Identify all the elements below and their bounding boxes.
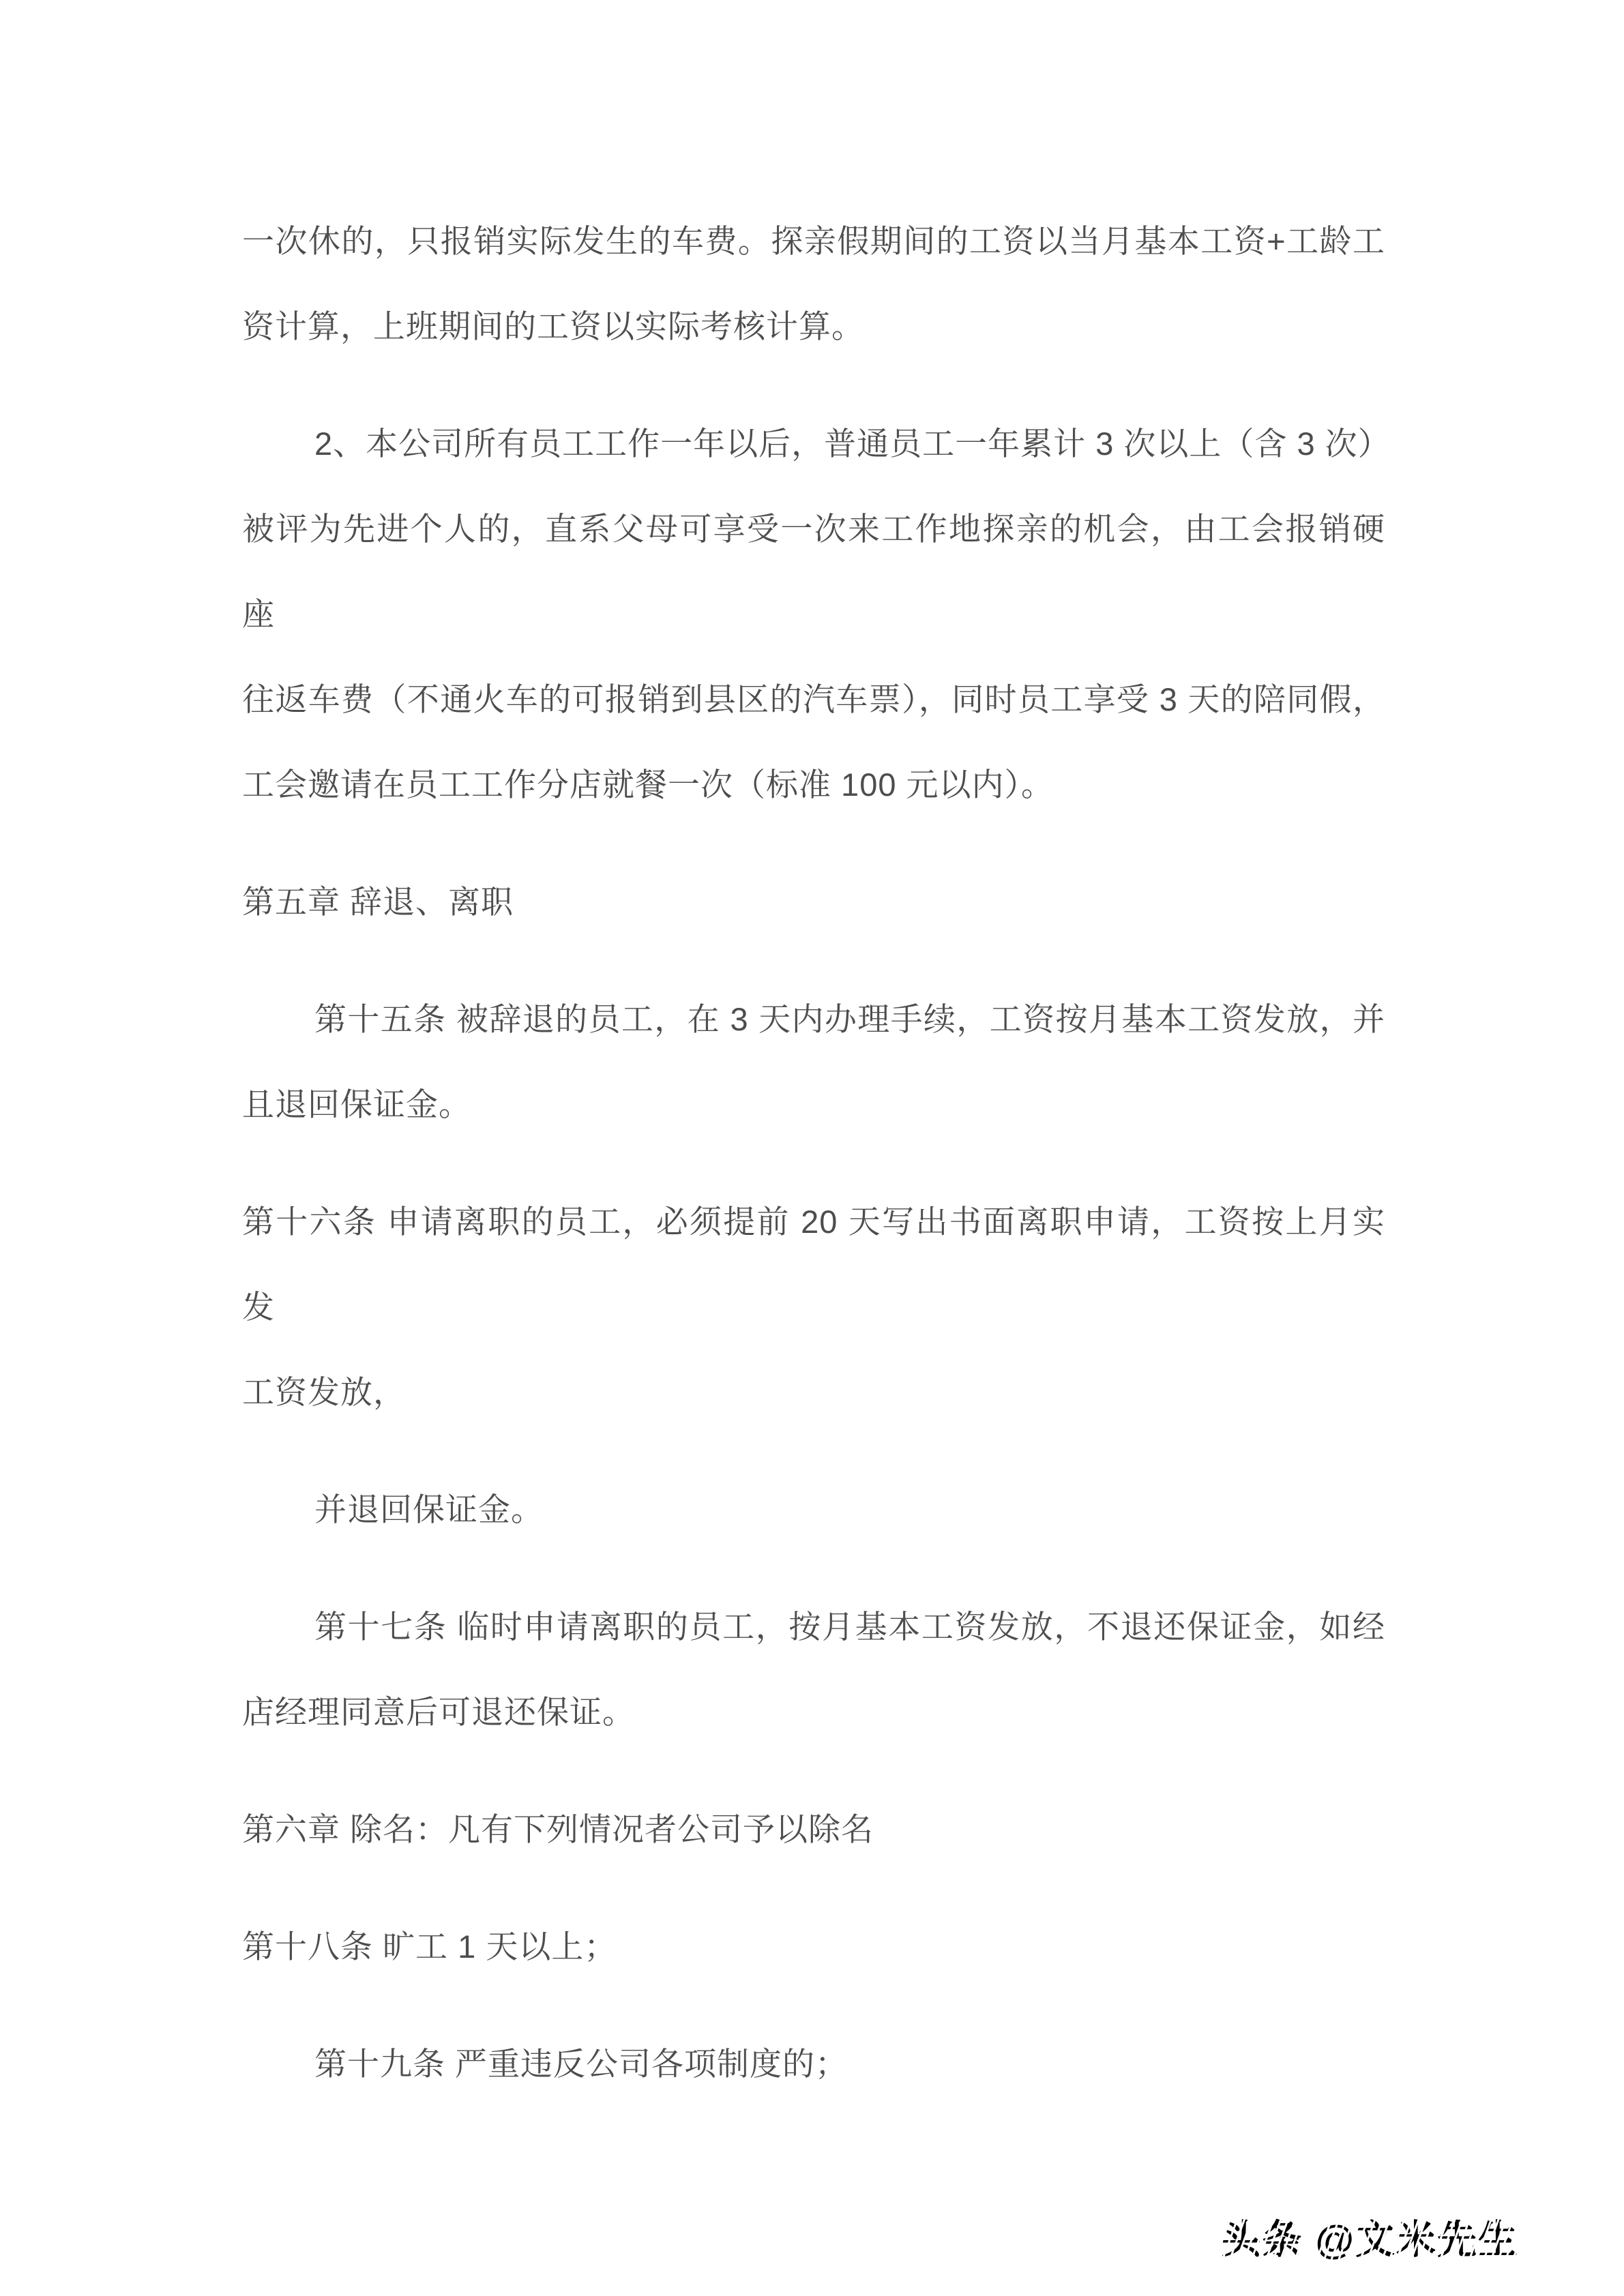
paragraph: 第十五条 被辞退的员工，在 3 天内办理手续，工资按月基本工资发放，并且退回保证…	[242, 976, 1385, 1147]
text-line: 工会邀请在员工工作分店就餐一次（标准 100 元以内）。	[242, 742, 1385, 827]
paragraph: 第五章 辞退、离职	[242, 859, 1385, 944]
text-line: 工资发放，	[242, 1350, 1385, 1435]
paragraph: 一次休的，只报销实际发生的车费。探亲假期间的工资以当月基本工资+工龄工资计算，上…	[242, 198, 1385, 369]
text-line: 并退回保证金。	[242, 1467, 1385, 1552]
document-text-body: 一次休的，只报销实际发生的车费。探亲假期间的工资以当月基本工资+工龄工资计算，上…	[242, 198, 1385, 2138]
text-line: 第十七条 临时申请离职的员工，按月基本工资发放，不退还保证金，如经	[242, 1584, 1385, 1669]
watermark-toutiao: 头条 @文米先生	[1221, 2207, 1519, 2265]
paragraph: 第六章 除名：凡有下列情况者公司予以除名	[242, 1787, 1385, 1872]
text-line: 第五章 辞退、离职	[242, 859, 1385, 944]
paragraph: 第十八条 旷工 1 天以上；	[242, 1904, 1385, 1989]
text-line: 2、本公司所有员工工作一年以后，普通员工一年累计 3 次以上（含 3 次）	[242, 401, 1385, 486]
text-line: 资计算，上班期间的工资以实际考核计算。	[242, 284, 1385, 369]
paragraph: 2、本公司所有员工工作一年以后，普通员工一年累计 3 次以上（含 3 次）被评为…	[242, 401, 1385, 827]
text-line: 第十五条 被辞退的员工，在 3 天内办理手续，工资按月基本工资发放，并	[242, 976, 1385, 1062]
text-line: 第六章 除名：凡有下列情况者公司予以除名	[242, 1787, 1385, 1872]
text-line: 第十九条 严重违反公司各项制度的；	[242, 2021, 1385, 2106]
paragraph: 第十七条 临时申请离职的员工，按月基本工资发放，不退还保证金，如经店经理同意后可…	[242, 1584, 1385, 1755]
text-line: 第十八条 旷工 1 天以上；	[242, 1904, 1385, 1989]
paragraph: 第十九条 严重违反公司各项制度的；	[242, 2021, 1385, 2106]
text-line: 店经理同意后可退还保证。	[242, 1669, 1385, 1755]
text-line: 往返车费（不通火车的可报销到县区的汽车票），同时员工享受 3 天的陪同假，	[242, 657, 1385, 742]
document-page: { "page": { "background": "#ffffff", "te…	[0, 0, 1624, 2296]
text-line: 一次休的，只报销实际发生的车费。探亲假期间的工资以当月基本工资+工龄工	[242, 198, 1385, 284]
paragraph: 第十六条 申请离职的员工，必须提前 20 天写出书面离职申请，工资按上月实发工资…	[242, 1179, 1385, 1435]
paragraph: 并退回保证金。	[242, 1467, 1385, 1552]
text-line: 第十六条 申请离职的员工，必须提前 20 天写出书面离职申请，工资按上月实发	[242, 1179, 1385, 1350]
text-line: 且退回保证金。	[242, 1062, 1385, 1147]
text-line: 被评为先进个人的，直系父母可享受一次来工作地探亲的机会，由工会报销硬座	[242, 486, 1385, 657]
